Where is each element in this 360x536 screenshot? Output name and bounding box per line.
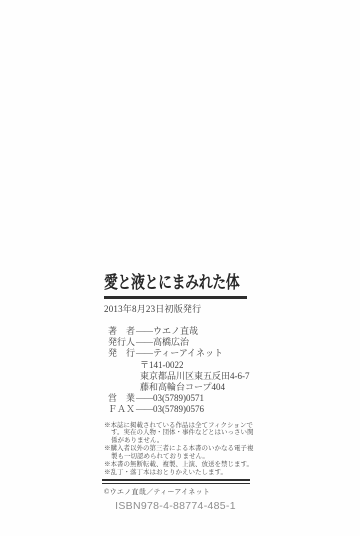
notice-digital-copy: ※購入者以外の第三者による本書のいかなる電子複製も一切認められておりません。 <box>104 445 256 460</box>
notice-fiction-disclaimer: ※本誌に掲載されている作品は全てフィクションです。実在の人物・団体・事件などとは… <box>104 422 256 445</box>
contact-label: 営 業 <box>108 393 135 403</box>
notice-reproduction: ※本書の無断転載、複製、上演、放送を禁じます。 <box>104 461 256 469</box>
dash-separator: ―― <box>136 348 152 358</box>
contact-value: 03(5789)0571 <box>153 393 204 403</box>
credit-value: ティーアイネット <box>153 348 223 358</box>
colophon-block: 愛と液とにまみれた体 2013年8月23日初版発行 著 者――ウエノ直哉 発行人… <box>104 272 254 512</box>
credit-label: 発行人 <box>108 337 135 347</box>
postal-code: 〒141-0022 <box>140 360 254 371</box>
contact-row-fax: ＦＡＸ――03(5789)0576 <box>108 404 254 415</box>
legal-notices: ※本誌に掲載されている作品は全てフィクションです。実在の人物・団体・事件などとは… <box>104 422 256 477</box>
contact-value: 03(5789)0576 <box>153 404 204 414</box>
contact-label: ＦＡＸ <box>108 404 135 414</box>
credit-row-publisher-person: 発行人――高橋広治 <box>108 337 254 348</box>
book-title: 愛と液とにまみれた体 <box>104 272 227 294</box>
dash-separator: ―― <box>136 326 152 336</box>
credit-row-publisher: 発 行――ティーアイネット <box>108 348 254 359</box>
title-underline-rule <box>104 296 247 299</box>
credit-label: 著 者 <box>108 326 135 336</box>
address-line: 藤和高輪台コープ404 <box>140 382 254 393</box>
copyright-line: ©ウエノ直哉／ティーアイネット <box>104 487 254 497</box>
edition-date: 2013年8月23日初版発行 <box>104 302 254 315</box>
dash-separator: ―― <box>136 393 152 403</box>
credits-list: 著 者――ウエノ直哉 発行人――高橋広治 発 行――ティーアイネット 〒141-… <box>104 326 254 416</box>
book-colophon-page: 愛と液とにまみれた体 2013年8月23日初版発行 著 者――ウエノ直哉 発行人… <box>0 0 360 536</box>
isbn-number: ISBN978-4-88774-485-1 <box>104 500 247 512</box>
address-line: 東京都品川区東五反田4-6-7 <box>140 371 254 382</box>
credit-label: 発 行 <box>108 348 135 358</box>
credit-row-author: 著 者――ウエノ直哉 <box>108 326 254 337</box>
dash-separator: ―― <box>136 404 152 414</box>
contact-row-sales: 営 業――03(5789)0571 <box>108 393 254 404</box>
notice-defective-copy: ※乱丁・落丁本はおとりかえいたします。 <box>104 469 256 477</box>
credit-value: ウエノ直哉 <box>153 326 198 336</box>
dash-separator: ―― <box>136 337 152 347</box>
double-rule <box>102 479 250 484</box>
credit-value: 高橋広治 <box>153 337 189 347</box>
